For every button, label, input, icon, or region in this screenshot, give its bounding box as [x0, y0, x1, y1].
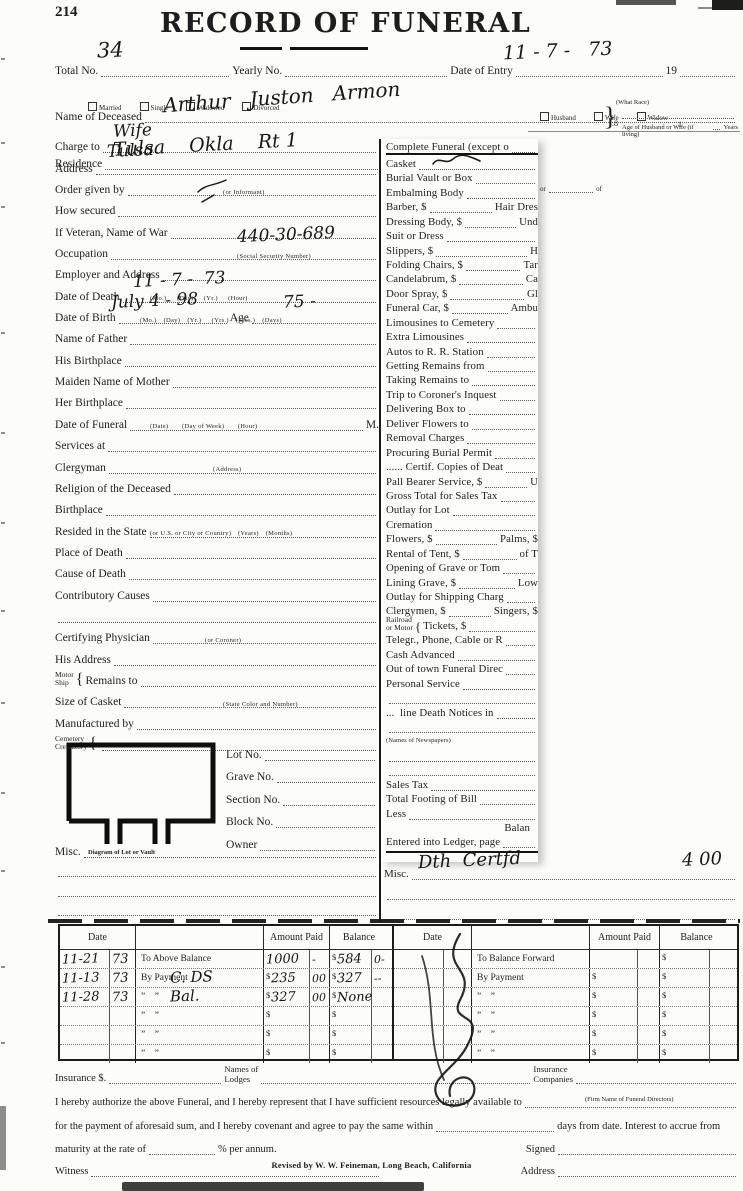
form-field-row: His Birthplace: [55, 345, 379, 366]
field-sublabel: (Mo.) (Day) (Yr.) (Yrs.) (Mos.) (Days): [140, 317, 282, 324]
ledger-cell: [444, 969, 472, 987]
dotted-leader: [622, 118, 734, 119]
charge-item: Getting Remains from: [386, 358, 538, 372]
checkbox-label: Husband: [551, 114, 576, 122]
charge-item: Embalming Body: [386, 184, 538, 198]
charge-item: Rental of Tent, $of T: [386, 545, 538, 559]
checkbox: [88, 102, 97, 111]
dotted-leader: [469, 620, 535, 632]
misc-label: Misc.: [55, 846, 81, 858]
form-field-row: Her Birthplace: [55, 388, 379, 409]
charge-item: Suit or Dress: [386, 228, 538, 242]
scan-artifact: [1, 142, 5, 144]
ledger-cell: [394, 1007, 444, 1025]
ledger-cell: --: [372, 969, 388, 987]
ledger-cell: By Payment: [472, 969, 590, 987]
ledger-cell: $: [330, 1026, 372, 1044]
stray-mark: 1: [678, 120, 682, 129]
charge-item: Total Footing of Bill: [386, 791, 538, 805]
year-prefix: 19: [666, 65, 678, 77]
handwritten-cents: 00: [312, 971, 326, 984]
ledger-cell: ” ”Bal.: [136, 988, 264, 1006]
checkbox: [594, 112, 603, 121]
form-field-row: Contributory Causes: [55, 580, 379, 601]
ledger-cell: [444, 1026, 472, 1044]
dotted-leader: [126, 547, 376, 559]
charge-label: Less: [386, 808, 406, 820]
ledger-cell: [310, 1026, 330, 1044]
currency-sign: $: [332, 1045, 336, 1057]
ledger-cell: [372, 988, 388, 1006]
date-of-entry-label: Date of Entry: [450, 65, 513, 77]
charge-item: Delivering Box to: [386, 401, 538, 415]
handwritten-scrawl: [431, 153, 483, 169]
dotted-leader: [153, 590, 376, 602]
ledger-cell: [394, 950, 444, 968]
charge-label: Rental of Tent, $: [386, 548, 460, 560]
charge-label: Outlay for Shipping Charg: [386, 591, 504, 603]
form-field-row: Services at: [55, 431, 379, 452]
charge-label-tail: Ca: [526, 273, 538, 285]
dotted-leader: [495, 447, 535, 459]
ledger-cell: $: [660, 1026, 710, 1044]
handwritten-year: 73: [112, 951, 129, 967]
field-label: Clergyman: [55, 462, 106, 474]
form-field-row: Manufactured by: [55, 708, 379, 729]
brace-glyph: {: [76, 673, 84, 687]
ledger-cell: [590, 950, 638, 968]
ledger-row: 11-2173To Above Balance1000-$5840-: [60, 950, 392, 969]
ledger-cell: ” ”: [472, 988, 590, 1006]
ledger-cell: $: [330, 1007, 372, 1025]
stray-mark: .8: [612, 119, 618, 128]
description-column-header: [136, 926, 264, 949]
charge-item: Entered into Ledger, page: [386, 834, 538, 848]
ledger-cell: ” ”: [136, 1007, 264, 1025]
charge-item: Funeral Car, $Ambu: [386, 300, 538, 314]
charge-item: Burial Vault or Box: [386, 170, 538, 184]
charge-item: Folding Chairs, $Tar: [386, 257, 538, 271]
dotted-leader: [680, 65, 735, 77]
charges-overlay: Complete Funeral (except oCasketBurial V…: [381, 139, 538, 862]
ledger-cell: $: [590, 1026, 638, 1044]
dotted-leader: [174, 483, 376, 495]
ledger-cell: [638, 988, 660, 1006]
ledger-row: To Balance Forward$: [394, 950, 737, 969]
dotted-leader: [576, 1072, 736, 1084]
charge-label: Autos to R. R. Station: [386, 346, 484, 358]
handwritten-date: 11-13: [62, 970, 100, 986]
field-label: Block No.: [226, 816, 273, 828]
form-field-row: Place of Death: [55, 538, 379, 559]
charge-label: Tickets, $: [423, 620, 466, 632]
dotted-leader: [506, 663, 535, 675]
ledger-cell: 73: [110, 988, 136, 1006]
dotted-leader: [449, 605, 491, 617]
checkbox-item: Widow: [637, 107, 672, 125]
handwritten-text: Bal.: [170, 986, 200, 1005]
ledger-cell: [444, 1007, 472, 1025]
ledger-desc: ” ”: [474, 1011, 495, 1021]
charge-item: Out of town Funeral Direc: [386, 661, 538, 675]
ledger-cell: [444, 988, 472, 1006]
field-label: Manufactured by: [55, 718, 134, 730]
form-field-row: MotorShip{Remains to: [55, 666, 379, 687]
handwritten-year: 73: [112, 970, 129, 986]
charge-label: Slippers, $: [386, 245, 433, 257]
dotted-leader: [130, 333, 376, 345]
ledger-cell: To Balance Forward: [472, 950, 590, 968]
ledger-desc: ” ”: [138, 992, 159, 1002]
field-label: Lot No.: [226, 749, 262, 761]
dotted-leader: [452, 302, 508, 314]
charge-label: Limousines to Cemetery: [386, 317, 494, 329]
title-underline: [240, 47, 282, 50]
charge-label-tail: Singers, $: [494, 605, 538, 617]
charge-label-tail: H: [530, 245, 538, 257]
signed-label: Signed: [526, 1144, 555, 1155]
ledger-cell: [372, 1026, 388, 1044]
scan-artifact: [1, 966, 5, 968]
misc-row: [55, 858, 379, 878]
form-field-row: Clergyman(Address): [55, 452, 379, 473]
dotted-leader: [488, 360, 535, 372]
field-sublabel: (or Coroner): [205, 637, 241, 644]
scan-artifact: [698, 7, 743, 9]
charge-label-tail: of T: [520, 548, 539, 560]
dotted-leader: [126, 397, 376, 409]
charge-item: Casket: [386, 155, 538, 169]
charge-label: Total Footing of Bill: [386, 793, 477, 805]
currency-sign: $: [662, 950, 666, 962]
ledger-cell: 11-13: [60, 969, 110, 987]
charge-label: Balan: [504, 822, 530, 834]
dotted-leader: [459, 273, 522, 285]
ledger-row: ” ”$$: [394, 1026, 737, 1045]
ledger-cell: [394, 988, 444, 1006]
dotted-leader: [497, 707, 535, 719]
field-label: Maiden Name of Mother: [55, 376, 170, 388]
dotted-leader: [389, 721, 535, 733]
ledger-cell: ” ”: [472, 1026, 590, 1044]
form-field-row: Religion of the Deceased: [55, 474, 379, 495]
title-underline: [290, 47, 368, 50]
dotted-leader: [389, 692, 535, 704]
dotted-leader: [516, 65, 663, 77]
charge-label-tail: Und: [519, 216, 538, 228]
dotted-leader: [409, 808, 535, 820]
dotted-leader: [283, 794, 375, 806]
balance-column-header: Balance: [330, 926, 388, 949]
dotted-leader: [101, 65, 229, 77]
charge-label: Complete Funeral (except o: [386, 141, 509, 153]
date-column-header: Date: [394, 926, 472, 949]
spouse-or-row: or of: [540, 177, 602, 193]
currency-sign: $: [592, 1007, 596, 1019]
overlay-top-line: [528, 131, 740, 132]
charge-item: Opening of Grave or Tom: [386, 560, 538, 574]
dotted-leader: [58, 611, 376, 623]
field-label: If Veteran, Name of War: [55, 227, 168, 239]
dotted-leader: [149, 1143, 215, 1155]
lot-diagram: [64, 740, 218, 850]
dotted-line-row: [384, 900, 738, 920]
form-field-row: Resided in the State(or U.S. or City or …: [55, 516, 379, 537]
entry-row: Total No. Yearly No. Date of Entry 19 34…: [55, 56, 738, 77]
ledger-cell: [710, 1007, 733, 1025]
dotted-leader: [137, 718, 376, 730]
charge-label: Door Spray, $: [386, 288, 447, 300]
scan-artifact: [1, 522, 5, 524]
payment-ledger-right: Date Amount Paid Balance To Balance Forw…: [392, 924, 739, 1061]
charge-item: Sales Tax: [386, 776, 538, 790]
dotted-leader: [497, 317, 535, 329]
ledger-desc: By Payment: [474, 973, 524, 983]
charge-item: Cash Advanced: [386, 646, 538, 660]
dotted-leader: [465, 216, 516, 228]
ledger-cell: 00: [310, 988, 330, 1006]
currency-sign: $: [592, 1045, 596, 1057]
ledger-cell: To Above Balance: [136, 950, 264, 968]
dotted-leader: [276, 816, 375, 828]
scan-artifact: [1, 206, 5, 208]
charge-label: Taking Remains to: [386, 374, 469, 386]
charge-label: (Names of Newspapers): [386, 737, 451, 744]
ledger-cell: $: [590, 988, 638, 1006]
charge-label: ... line Death Notices in: [386, 707, 494, 719]
charge-label: Trip to Coroner's Inquest: [386, 389, 497, 401]
misc-row: Misc.: [55, 838, 379, 858]
ledger-cell: [60, 1026, 110, 1044]
handwritten-text: July 4 - 98: [111, 291, 199, 312]
revision-credit: Revised by W. W. Feineman, Long Beach, C…: [0, 1160, 743, 1170]
dotted-leader: [463, 678, 535, 690]
form-field-row: AddressTulsa: [55, 153, 379, 174]
handwritten-scrawl: [192, 176, 234, 208]
field-sublabel: (or U.S. or City or Country) (Years) (Mo…: [150, 530, 292, 537]
scan-artifact: [1, 610, 5, 612]
dotted-leader: [58, 865, 376, 877]
field-label: Size of Casket: [55, 696, 121, 708]
ledger-cell: $: [264, 1026, 310, 1044]
charge-item: Extra Limousines: [386, 329, 538, 343]
handwritten-cents: 00: [312, 990, 326, 1003]
dotted-leader: [467, 331, 535, 343]
or-label: or: [540, 185, 546, 193]
charge-item: Cremation: [386, 516, 538, 530]
dotted-leader: [141, 675, 376, 687]
field-label: Religion of the Deceased: [55, 483, 171, 495]
ledger-cell: [638, 950, 660, 968]
ledger-cell: 0-: [372, 950, 388, 968]
ledger-cell: [710, 988, 733, 1006]
ledger-cell: $327: [264, 988, 310, 1006]
charge-item: Procuring Burial Permit: [386, 444, 538, 458]
scan-artifact: [1, 792, 5, 794]
dotted-leader: [476, 172, 535, 184]
handwritten-text: 75 -: [283, 293, 316, 311]
checkbox: [637, 112, 646, 121]
ledger-cell: 11-21: [60, 950, 110, 968]
dotted-leader: [503, 836, 535, 848]
charge-item: Trip to Coroner's Inquest: [386, 386, 538, 400]
handwritten-misc-amount: 4 00: [682, 850, 723, 870]
dotted-leader: [387, 888, 735, 900]
scan-artifact: [122, 1182, 424, 1191]
charge-label: Outlay for Lot: [386, 504, 450, 516]
handwritten-total-no: 34: [97, 39, 125, 61]
charge-item: Slippers, $H: [386, 242, 538, 256]
brace-label: MotorShip: [55, 671, 74, 687]
charge-label: Removal Charges: [386, 432, 464, 444]
dotted-leader: [389, 764, 535, 776]
grave-field-row: Block No.: [226, 806, 378, 829]
total-no-label: Total No.: [55, 65, 98, 77]
dotted-leader: [261, 1072, 530, 1084]
scan-artifact: [1, 1042, 5, 1044]
ledger-cell: $: [590, 1007, 638, 1025]
charge-label: Opening of Grave or Tom: [386, 562, 500, 574]
ledger-cell: $584: [330, 950, 372, 968]
authorization-line-2: for the payment of aforesaid sum, and I …: [55, 1108, 739, 1132]
dotted-leader: [431, 779, 535, 791]
form-title: RECORD OF FUNERAL: [160, 8, 531, 39]
ledger-cell: [372, 1007, 388, 1025]
charge-item: (Names of Newspapers): [386, 733, 538, 747]
handwritten-misc: Dth Certfd: [418, 850, 522, 872]
brace-label: Railroador Motor: [386, 616, 413, 632]
form-field-row: Date of Death(Mo.) (Day) (Yr.) (Hour)11 …: [55, 281, 379, 302]
charge-label: Lining Grave, $: [386, 577, 456, 589]
field-sublabel: (Date) (Day of Week) (Hour): [150, 423, 257, 430]
ledger-cell: ” ”: [136, 1026, 264, 1044]
ledger-cell: [444, 950, 472, 968]
currency-sign: $: [266, 988, 270, 1000]
dotted-leader: [435, 519, 535, 531]
field-label: Place of Death: [55, 547, 123, 559]
handwritten-amount: 235: [271, 970, 296, 986]
ledger-cell: [394, 1026, 444, 1044]
charge-label: Embalming Body: [386, 187, 464, 199]
charge-item: Gross Total for Sales Tax: [386, 488, 538, 502]
handwritten-cents: --: [374, 971, 382, 984]
charge-label: Getting Remains from: [386, 360, 485, 372]
charge-item: [386, 762, 538, 776]
dotted-leader: [507, 591, 535, 603]
charge-item: Removal Charges: [386, 430, 538, 444]
ledger-cell: By PaymentC. DS: [136, 969, 264, 987]
charge-label: Delivering Box to: [386, 403, 466, 415]
charge-label: Extra Limousines: [386, 331, 464, 343]
grave-field-row: Lot No.: [226, 738, 378, 761]
ledger-row: By Payment$$: [394, 969, 737, 988]
charge-item: Barber, $Hair Dres: [386, 199, 538, 213]
charge-item: ...... Certif. Copies of Deat: [386, 459, 538, 473]
ledger-header: Date Amount Paid Balance: [394, 926, 737, 950]
dotted-leader: [450, 288, 524, 300]
field-label: Remains to: [85, 675, 137, 687]
misc-label: Misc.: [384, 868, 409, 880]
firm-name-note: (Firm Name of Funeral Directors): [585, 1096, 673, 1103]
checkbox-item: Married: [88, 97, 126, 115]
race-note: (What Race): [616, 99, 649, 106]
dotted-leader: [472, 418, 535, 430]
ledger-cell: ” ”: [472, 1007, 590, 1025]
dotted-leader: [558, 1143, 736, 1155]
scan-artifact: [616, 0, 676, 5]
ledger-row: ” ”$$: [60, 1026, 392, 1045]
field-sublabel: (State Color and Number): [223, 701, 298, 708]
dotted-leader: [58, 904, 376, 916]
currency-sign: $: [662, 969, 666, 981]
currency-sign: $: [266, 969, 270, 981]
dotted-leader: [487, 346, 535, 358]
charge-item: Railroador Motor{Tickets, $: [386, 617, 538, 631]
ledger-cell: [710, 950, 733, 968]
ledger-right-body: To Balance Forward$By Payment$$” ”$$” ”$…: [394, 950, 737, 1063]
field-label: Services at: [55, 440, 105, 452]
ledger-cell: [638, 969, 660, 987]
ledger-desc: ” ”: [138, 1011, 159, 1021]
charge-label: Candelabrum, $: [386, 273, 456, 285]
ledger-cell: [60, 1007, 110, 1025]
field-label: Her Birthplace: [55, 397, 123, 409]
dotted-leader: [153, 632, 376, 644]
currency-sign: $: [332, 1007, 336, 1019]
field-label: Contributory Causes: [55, 590, 150, 602]
handwritten-cents: -: [312, 952, 316, 965]
field-label: Birthplace: [55, 504, 103, 516]
authorization-text: for the payment of aforesaid sum, and I …: [55, 1121, 433, 1132]
dotted-leader: [447, 230, 535, 242]
currency-sign: $: [592, 1026, 596, 1038]
ledger-cell: $: [660, 1007, 710, 1025]
checkbox-item: Husband: [540, 107, 580, 125]
misc-right-row: Misc. Dth Certfd 4 00: [384, 860, 738, 880]
charge-item: Flowers, $Palms, $: [386, 531, 538, 545]
currency-sign: $: [662, 988, 666, 1000]
charge-label: Telegr., Phone, Cable or R: [386, 634, 503, 646]
form-field-row: Date of FuneralM.(Date) (Day of Week) (H…: [55, 409, 379, 430]
ledger-cell: $: [660, 988, 710, 1006]
ledger-desc: ” ”: [474, 1030, 495, 1040]
form-field-row: His Address: [55, 644, 379, 665]
charge-label: Deliver Flowers to: [386, 418, 469, 430]
charge-label-tail: Ambu: [511, 302, 538, 314]
ledger-cell: $235: [264, 969, 310, 987]
dotted-leader: [501, 490, 535, 502]
dotted-leader: [265, 749, 375, 761]
field-sublabel: (Social Security Number): [237, 253, 311, 260]
dotted-leader: [713, 124, 721, 130]
brace-glyph: {: [415, 621, 421, 632]
scan-artifact: [1, 432, 5, 434]
heavy-broken-rule: [48, 919, 740, 923]
field-label: Date of Funeral: [55, 419, 127, 431]
dotted-leader: [503, 562, 535, 574]
dotted-leader: [109, 1072, 221, 1084]
field-label: M.: [366, 419, 379, 431]
dotted-leader: [436, 533, 497, 545]
ledger-cell: 1000: [264, 950, 310, 968]
field-label: Cause of Death: [55, 568, 126, 580]
charge-item: [386, 719, 538, 733]
of-label: of: [596, 185, 602, 193]
ledger-cell: 11-28: [60, 988, 110, 1006]
ledger-desc: To Above Balance: [138, 954, 211, 964]
dotted-leader: [96, 163, 376, 175]
dotted-leader: [118, 205, 376, 217]
